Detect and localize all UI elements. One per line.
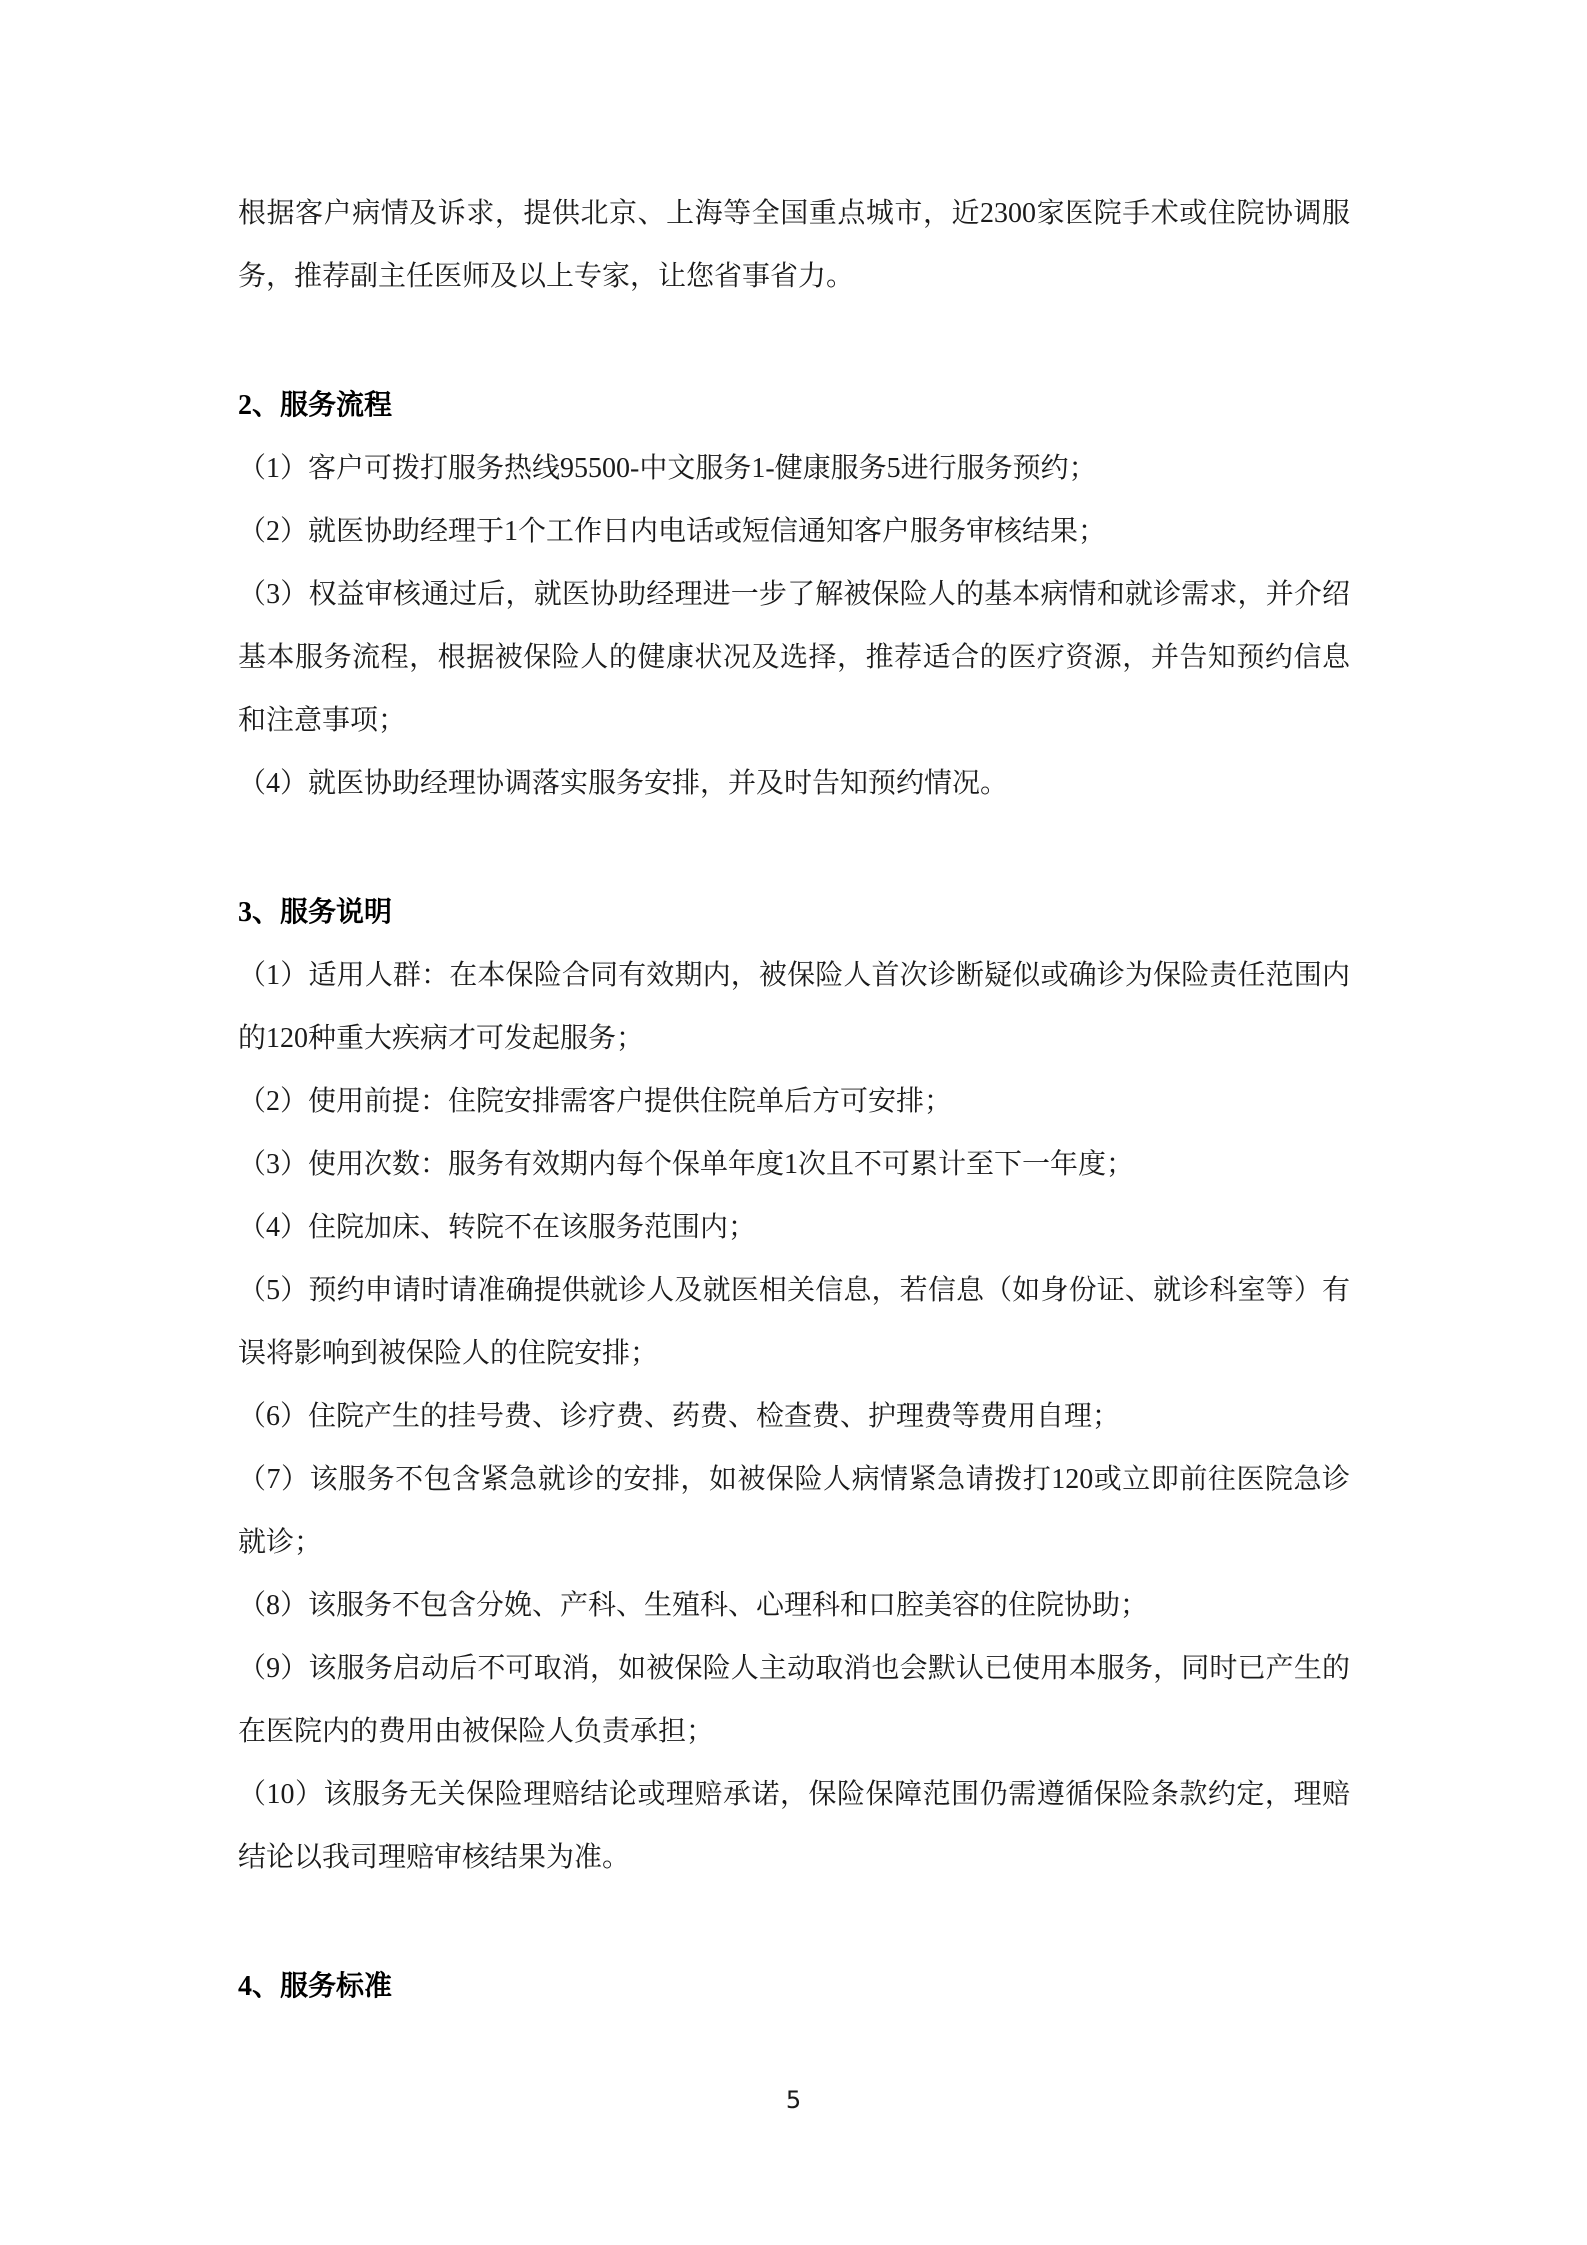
section-heading-service-process: 2、服务流程 (238, 374, 1350, 437)
list-item: （4）住院加床、转院不在该服务范围内； (238, 1196, 1350, 1259)
section-heading-service-description: 3、服务说明 (238, 881, 1350, 944)
list-item: （1）客户可拨打服务热线95500-中文服务1-健康服务5进行服务预约； (238, 437, 1350, 500)
section-heading-service-standard: 4、服务标准 (238, 1955, 1350, 2018)
page-number: 5 (0, 2086, 1587, 2114)
list-item: （6）住院产生的挂号费、诊疗费、药费、检查费、护理费等费用自理； (238, 1385, 1350, 1448)
list-item: （2）使用前提：住院安排需客户提供住院单后方可安排； (238, 1070, 1350, 1133)
list-item: （7）该服务不包含紧急就诊的安排，如被保险人病情紧急请拨打120或立即前往医院急… (238, 1448, 1350, 1574)
list-item: （3）使用次数：服务有效期内每个保单年度1次且不可累计至下一年度； (238, 1133, 1350, 1196)
intro-paragraph: 根据客户病情及诉求，提供北京、上海等全国重点城市，近2300家医院手术或住院协调… (238, 182, 1350, 308)
list-item: （4）就医协助经理协调落实服务安排，并及时告知预约情况。 (238, 752, 1350, 815)
list-item: （5）预约申请时请准确提供就诊人及就医相关信息，若信息（如身份证、就诊科室等）有… (238, 1259, 1350, 1385)
list-item: （9）该服务启动后不可取消，如被保险人主动取消也会默认已使用本服务，同时已产生的… (238, 1637, 1350, 1763)
list-item: （1）适用人群：在本保险合同有效期内，被保险人首次诊断疑似或确诊为保险责任范围内… (238, 944, 1350, 1070)
list-item: （2）就医协助经理于1个工作日内电话或短信通知客户服务审核结果； (238, 500, 1350, 563)
list-item: （3）权益审核通过后，就医协助经理进一步了解被保险人的基本病情和就诊需求，并介绍… (238, 563, 1350, 752)
document-content: 根据客户病情及诉求，提供北京、上海等全国重点城市，近2300家医院手术或住院协调… (238, 182, 1350, 2018)
list-item: （10）该服务无关保险理赔结论或理赔承诺，保险保障范围仍需遵循保险条款约定，理赔… (238, 1763, 1350, 1889)
document-page: 根据客户病情及诉求，提供北京、上海等全国重点城市，近2300家医院手术或住院协调… (0, 0, 1587, 2245)
list-item: （8）该服务不包含分娩、产科、生殖科、心理科和口腔美容的住院协助； (238, 1574, 1350, 1637)
